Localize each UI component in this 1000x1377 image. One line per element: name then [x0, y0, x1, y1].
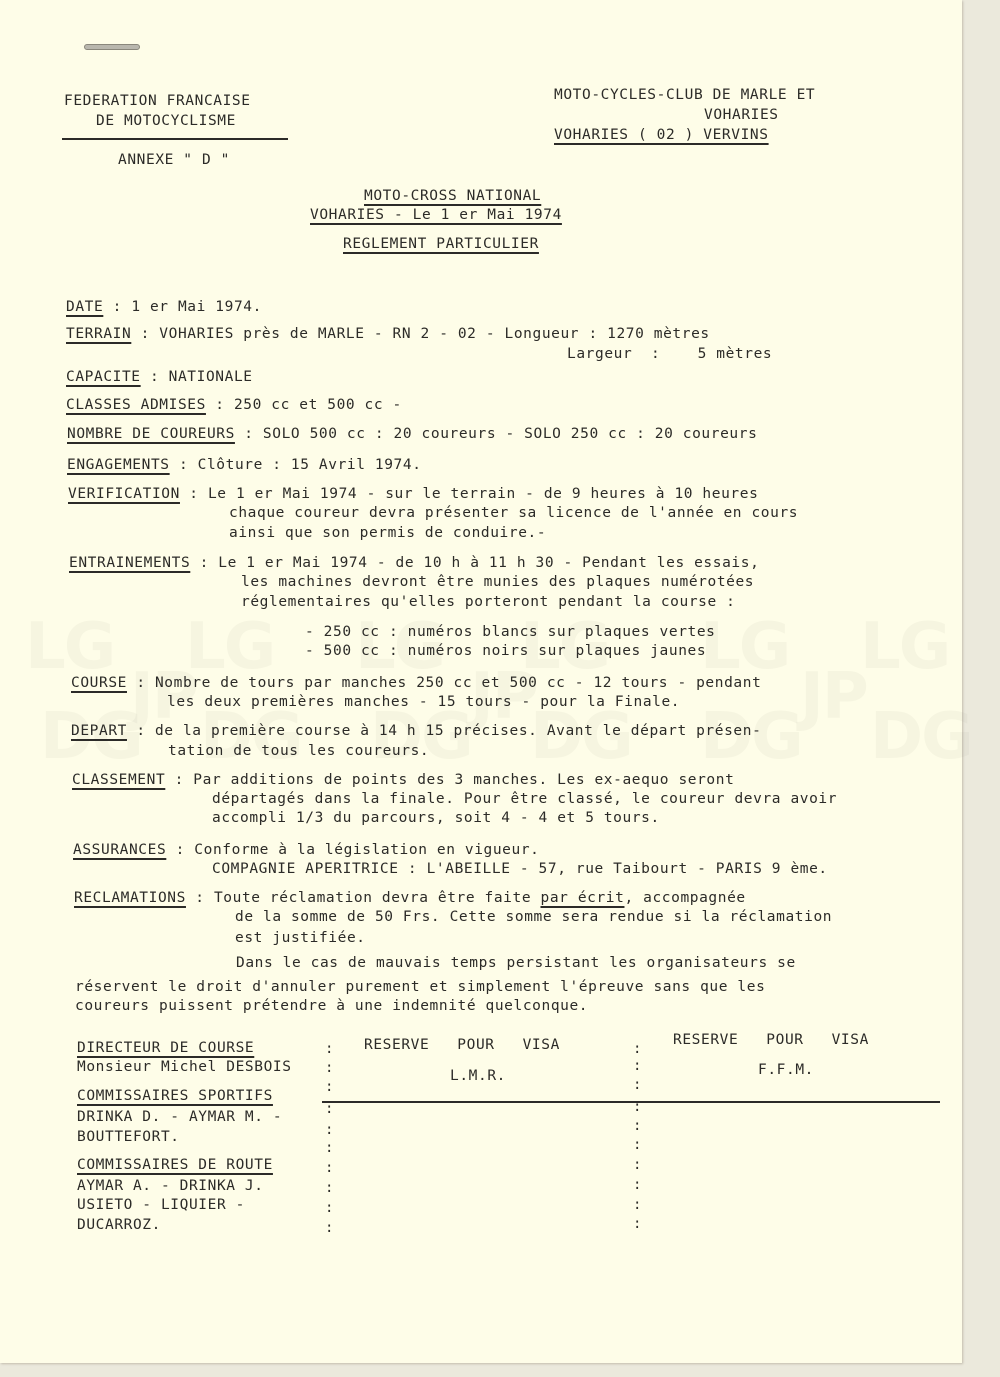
weather-paragraph-line1: Dans le cas de mauvais temps persistant …	[236, 953, 796, 973]
sportifs-names-1: DRINKA D. - AYMAR M. -	[77, 1107, 282, 1127]
classes-label: CLASSES ADMISES	[66, 397, 206, 413]
terrain-label: TERRAIN	[66, 326, 131, 342]
entrainements-label: ENTRAINEMENTS	[69, 555, 190, 571]
nombre-section: NOMBRE DE COUREURS : SOLO 500 cc : 20 co…	[67, 424, 757, 444]
engagements-section: ENGAGEMENTS : Clôture : 15 Avril 1974.	[67, 455, 422, 475]
course-line: les deux premières manches - 15 tours - …	[167, 692, 680, 712]
capacite-label: CAPACITE	[66, 369, 141, 385]
course-label: COURSE	[71, 675, 127, 691]
sportifs-names-2: BOUTTEFORT.	[77, 1127, 180, 1147]
plate-rule-250: - 250 cc : numéros blancs sur plaques ve…	[305, 622, 716, 642]
federation-subtitle: DE MOTOCYCLISME	[96, 111, 236, 131]
classes-section: CLASSES ADMISES : 250 cc et 500 cc -	[66, 395, 402, 415]
club-name-line2: VOHARIES	[704, 105, 779, 125]
annex-label: ANNEXE " D "	[118, 150, 230, 170]
route-names-2: USIETO - LIQUIER -	[77, 1195, 245, 1215]
document-page: LG LG LG LG LG LG JP JP JP DG DG DG DG D…	[0, 0, 962, 1363]
visa-lmr-org: L.M.R.	[450, 1066, 506, 1086]
date-label: DATE	[66, 299, 103, 315]
date-section: DATE : 1 er Mai 1974.	[66, 297, 262, 317]
entrainements-section: ENTRAINEMENTS : Le 1 er Mai 1974 - de 10…	[69, 553, 759, 573]
club-name: MOTO-CYCLES-CLUB DE MARLE ET	[554, 85, 815, 105]
depart-section: DEPART : de la première course à 14 h 15…	[71, 721, 761, 741]
visa-lmr-heading: RESERVE POUR VISA	[364, 1035, 560, 1055]
classement-section: CLASSEMENT : Par additions de points des…	[72, 770, 734, 790]
depart-label: DEPART	[71, 723, 127, 739]
directeur-label: DIRECTEUR DE COURSE	[77, 1038, 254, 1058]
visa-signature-line	[322, 1101, 940, 1103]
plate-rule-500: - 500 cc : numéros noirs sur plaques jau…	[305, 641, 706, 661]
route-names-3: DUCARROZ.	[77, 1215, 161, 1235]
capacite-section: CAPACITE : NATIONALE	[66, 367, 253, 387]
course-section: COURSE : Nombre de tours par manches 250…	[71, 673, 761, 693]
route-label: COMMISSAIRES DE ROUTE	[77, 1155, 273, 1175]
assurances-line: COMPAGNIE APERITRICE : L'ABEILLE - 57, r…	[212, 859, 828, 879]
verification-label: VERIFICATION	[68, 486, 180, 502]
visa-ffm-heading: RESERVE POUR VISA	[673, 1030, 869, 1050]
club-location: VOHARIES ( 02 ) VERVINS	[554, 125, 769, 145]
header-divider	[62, 138, 288, 140]
event-date-title: VOHARIES - Le 1 er Mai 1974	[310, 205, 562, 225]
entrainements-line: les machines devront être munies des pla…	[241, 572, 754, 592]
depart-line: tation de tous les coureurs.	[168, 741, 429, 761]
terrain-width: Largeur : 5 mètres	[567, 344, 772, 364]
reclamations-line: de la somme de 50 Frs. Cette somme sera …	[235, 907, 832, 927]
classement-label: CLASSEMENT	[72, 772, 165, 788]
weather-paragraph-line3: coureurs puissent prétendre à une indemn…	[75, 996, 588, 1016]
federation-name: FEDERATION FRANCAISE	[64, 91, 251, 111]
event-title: MOTO-CROSS NATIONAL	[364, 186, 541, 206]
assurances-label: ASSURANCES	[73, 842, 166, 858]
nombre-label: NOMBRE DE COUREURS	[67, 426, 235, 442]
reclamations-line: est justifiée.	[235, 928, 366, 948]
reclamations-label: RECLAMATIONS	[74, 890, 186, 906]
reclamations-section: RECLAMATIONS : Toute réclamation devra ê…	[74, 888, 746, 908]
directeur-name: Monsieur Michel DESBOIS	[77, 1057, 292, 1077]
paperclip-mark	[84, 44, 140, 50]
verification-section: VERIFICATION : Le 1 er Mai 1974 - sur le…	[68, 484, 758, 504]
verification-line: chaque coureur devra présenter sa licenc…	[229, 503, 798, 523]
assurances-section: ASSURANCES : Conforme à la législation e…	[73, 840, 540, 860]
classement-line: départagés dans la finale. Pour être cla…	[212, 789, 837, 809]
route-names-1: AYMAR A. - DRINKA J.	[77, 1176, 264, 1196]
terrain-section: TERRAIN : VOHARIES près de MARLE - RN 2 …	[66, 324, 710, 344]
weather-paragraph-line2: réservent le droit d'annuler purement et…	[75, 977, 765, 997]
classement-line: accompli 1/3 du parcours, soit 4 - 4 et …	[212, 808, 660, 828]
regulation-title: REGLEMENT PARTICULIER	[343, 234, 539, 254]
entrainements-line: réglementaires qu'elles porteront pendan…	[241, 592, 735, 612]
engagements-label: ENGAGEMENTS	[67, 457, 170, 473]
sportifs-label: COMMISSAIRES SPORTIFS	[77, 1086, 273, 1106]
verification-line: ainsi que son permis de conduire.-	[229, 523, 546, 543]
visa-ffm-org: F.F.M.	[758, 1060, 814, 1080]
